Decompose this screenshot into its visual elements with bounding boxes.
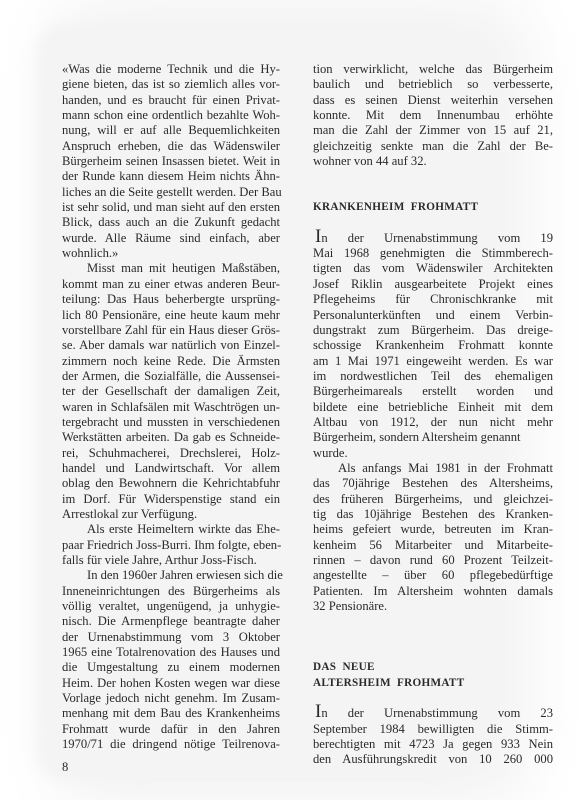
text-line: Als anfangs Mai 1981 in der Frohmatt (313, 461, 553, 476)
text-line: Personalunterkünften und einem Verbin- (313, 308, 553, 323)
text-line: Bürgerheimareals erstellt worden und (313, 384, 553, 399)
text-line: 32 Pensionäre. (313, 599, 553, 614)
text-line: In der Urnenabstimmung vom 19 (313, 231, 553, 246)
text-line: liches an die Seite gestellt werden. Der… (62, 185, 280, 200)
text-line: September 1984 bewilligten die Stimm- (313, 722, 553, 737)
text-line: handen, und es braucht für einen Privat- (62, 93, 280, 108)
continuation-paragraph: tion verwirklicht, welche das Bürgerheim… (313, 62, 553, 169)
text-line: handel und Landwirtschaft. Vor allem (62, 461, 280, 476)
text-line: die Umgestaltung zu einem modernen (62, 660, 280, 675)
text-line: wurde. (313, 446, 553, 461)
quote-paragraph: «Was die moderne Technik und die Hy- gie… (62, 62, 280, 261)
text-line: Altbau von 1912, der nun nicht mehr (313, 415, 553, 430)
text-line: In den 1960er Jahren erwiesen sich die (62, 568, 280, 583)
text-line: rei, Schuhmacherei, Drechslerei, Holz- (62, 446, 280, 461)
text-line: Bürgerheim seinen Insassen bietet. Weit … (62, 154, 280, 169)
text-line: dass es seinen Dienst weiterhin versehen (313, 93, 553, 108)
text-line: Frohmatt wurde dafür in den Jahren (62, 722, 280, 737)
text-line: den Ausführungskredit von 10 260 000 (313, 752, 553, 767)
text-line: Arrestlokal zur Verfügung. (62, 507, 280, 522)
text-line: Mai 1968 genehmigten die Stimmberech- (313, 246, 553, 261)
text-line: wohner von 44 auf 32. (313, 154, 553, 169)
text-line: rinnen – davon rund 60 Prozent Teilzeit- (313, 553, 553, 568)
right-column: tion verwirklicht, welche das Bürgerheim… (313, 62, 553, 768)
section-heading-altersheim: ALTERSHEIM FROHMATT (313, 676, 553, 691)
text-line: bildete eine betriebliche Einheit mit de… (313, 400, 553, 415)
text-line: 1970/71 die dringend nötige Teilrenova- (62, 737, 280, 752)
text-line: im Dorf. Für Widerspenstige stand ein (62, 492, 280, 507)
text-line: ter der Gesellschaft der damaligen Zeit, (62, 384, 280, 399)
text-line: der Runde kann diesem Heim nichts Ähn- (62, 169, 280, 184)
text-line: im nordwestlichen Teil des ehemaligen (313, 369, 553, 384)
text-line: se. Aber damals war natürlich von Einzel… (62, 338, 280, 353)
section-heading-krankenheim: KRANKENHEIM FROHMATT (313, 200, 553, 215)
section-heading-das-neue: DAS NEUE (313, 660, 553, 675)
paragraph-heimeltern: Als erste Heimeltern wirkte das Ehe- paa… (62, 522, 280, 568)
text-line: Blick, dass auch an die Zukunft gedacht (62, 215, 280, 230)
text-line: tigten das vom Wädenswiler Architekten (313, 261, 553, 276)
page-number: 8 (62, 760, 68, 775)
paragraph-altersheim: In der Urnenabstimmung vom 23 September … (313, 706, 553, 767)
text-line: Josef Riklin ausgearbeitete Projekt eine… (313, 277, 553, 292)
paragraph-1960er: In den 1960er Jahren erwiesen sich die I… (62, 568, 280, 752)
text-line: tig das 10jährige Bestehen des Kranken- (313, 507, 553, 522)
text-line: Pflegeheims für Chronischkranke mit (313, 292, 553, 307)
text-line: Inneneinrichtungen des Bürgerheims als (62, 584, 280, 599)
text-line: berechtigten mit 4723 Ja gegen 933 Nein (313, 737, 553, 752)
text-line: Patienten. Im Altersheim wohnten damals (313, 584, 553, 599)
text-line: waren in Schlafsälen mit Waschtrögen un- (62, 400, 280, 415)
text-line: oblag den Bewohnern die Kehrichtabfuhr (62, 476, 280, 491)
paragraph-krankenheim: In der Urnenabstimmung vom 19 Mai 1968 g… (313, 231, 553, 461)
text-line: falls für viele Jahre, Arthur Joss-Fisch… (62, 553, 280, 568)
text-line: lich 80 Pensionäre, eine heute kaum mehr (62, 308, 280, 323)
text-line: kommt man zu einer etwas anderen Beur- (62, 277, 280, 292)
text-line: schossige Krankenheim Frohmatt konnte (313, 338, 553, 353)
text-line: ist sehr solid, und man sieht auf den er… (62, 200, 280, 215)
text-line: man die Zahl der Zimmer von 15 auf 21, (313, 123, 553, 138)
text-line: Vorlage jedoch nicht genehm. Im Zusam- (62, 691, 280, 706)
text-fragment: n der Urnenabstimmung vom 19 (321, 231, 553, 245)
text-line: tion verwirklicht, welche das Bürgerheim (313, 62, 553, 77)
text-line: teilung: Das Haus beherbergte ursprüng- (62, 292, 280, 307)
text-line: tergebracht und mussten in verschiedenen (62, 415, 280, 430)
text-line: angestellte – über 60 pflegebedürftige (313, 568, 553, 583)
text-line: kenheim 56 Mitarbeiter und Mitarbeite- (313, 538, 553, 553)
left-column: «Was die moderne Technik und die Hy- gie… (62, 62, 280, 752)
text-line: baulich und betrieblich so verbesserte, (313, 77, 553, 92)
text-line: Als erste Heimeltern wirkte das Ehe- (62, 522, 280, 537)
text-line: konnte. Mit dem Innenumbau erhöhte (313, 108, 553, 123)
text-fragment: n der Urnenabstimmung vom 23 (321, 706, 553, 720)
text-line: nung, will er auf alle Bequemlichkeiten (62, 123, 280, 138)
text-line: In der Urnenabstimmung vom 23 (313, 706, 553, 721)
paragraph-measure: Misst man mit heutigen Maßstäben, kommt … (62, 261, 280, 522)
text-line: Werkstätten arbeiten. Da gab es Schneide… (62, 430, 280, 445)
text-line: zimmern noch keine Rede. Die Ärmsten (62, 354, 280, 369)
text-line: Bürgerheim, sondern Altersheim genannt (313, 430, 553, 445)
text-line: paar Friedrich Joss-Burri. Ihm folgte, e… (62, 538, 280, 553)
text-line: heims gefeiert wurde, betreuten im Kran- (313, 522, 553, 537)
text-line: Anspruch erheben, die das Wädenswiler (62, 139, 280, 154)
text-line: wurde. Alle Räume sind einfach, aber (62, 231, 280, 246)
text-line: der Urnenabstimmung vom 3 Oktober (62, 630, 280, 645)
text-line: Misst man mit heutigen Maßstäben, (62, 261, 280, 276)
text-line: Heim. Der hohen Kosten wegen war diese (62, 676, 280, 691)
text-line: völlig veraltet, ungenügend, ja unhygie- (62, 599, 280, 614)
text-line: gleichzeitig senkte man die Zahl der Be- (313, 139, 553, 154)
text-line: «Was die moderne Technik und die Hy- (62, 62, 280, 77)
text-line: mann schon eine ordentlich bezahlte Woh- (62, 108, 280, 123)
text-line: nisch. Die Armenpflege beantragte daher (62, 614, 280, 629)
text-line: dungstrakt zum Bürgerheim. Das dreige- (313, 323, 553, 338)
text-line: am 1 Mai 1971 eingeweiht werden. Es war (313, 354, 553, 369)
text-line: 1965 eine Totalrenovation des Hauses und (62, 645, 280, 660)
text-line: giene bieten, das ist so ziemlich alles … (62, 77, 280, 92)
text-line: vorstellbare Zahl für ein Haus dieser Gr… (62, 323, 280, 338)
text-line: des früheren Bürgerheims, und gleichzei- (313, 492, 553, 507)
text-line: der Armen, die Sozialfälle, die Aussense… (62, 369, 280, 384)
text-line: menhang mit dem Bau des Krankenheims (62, 706, 280, 721)
text-line: das 70jährige Bestehen des Altersheims, (313, 476, 553, 491)
paragraph-1981: Als anfangs Mai 1981 in der Frohmatt das… (313, 461, 553, 614)
text-line: wohnlich.» (62, 246, 280, 261)
